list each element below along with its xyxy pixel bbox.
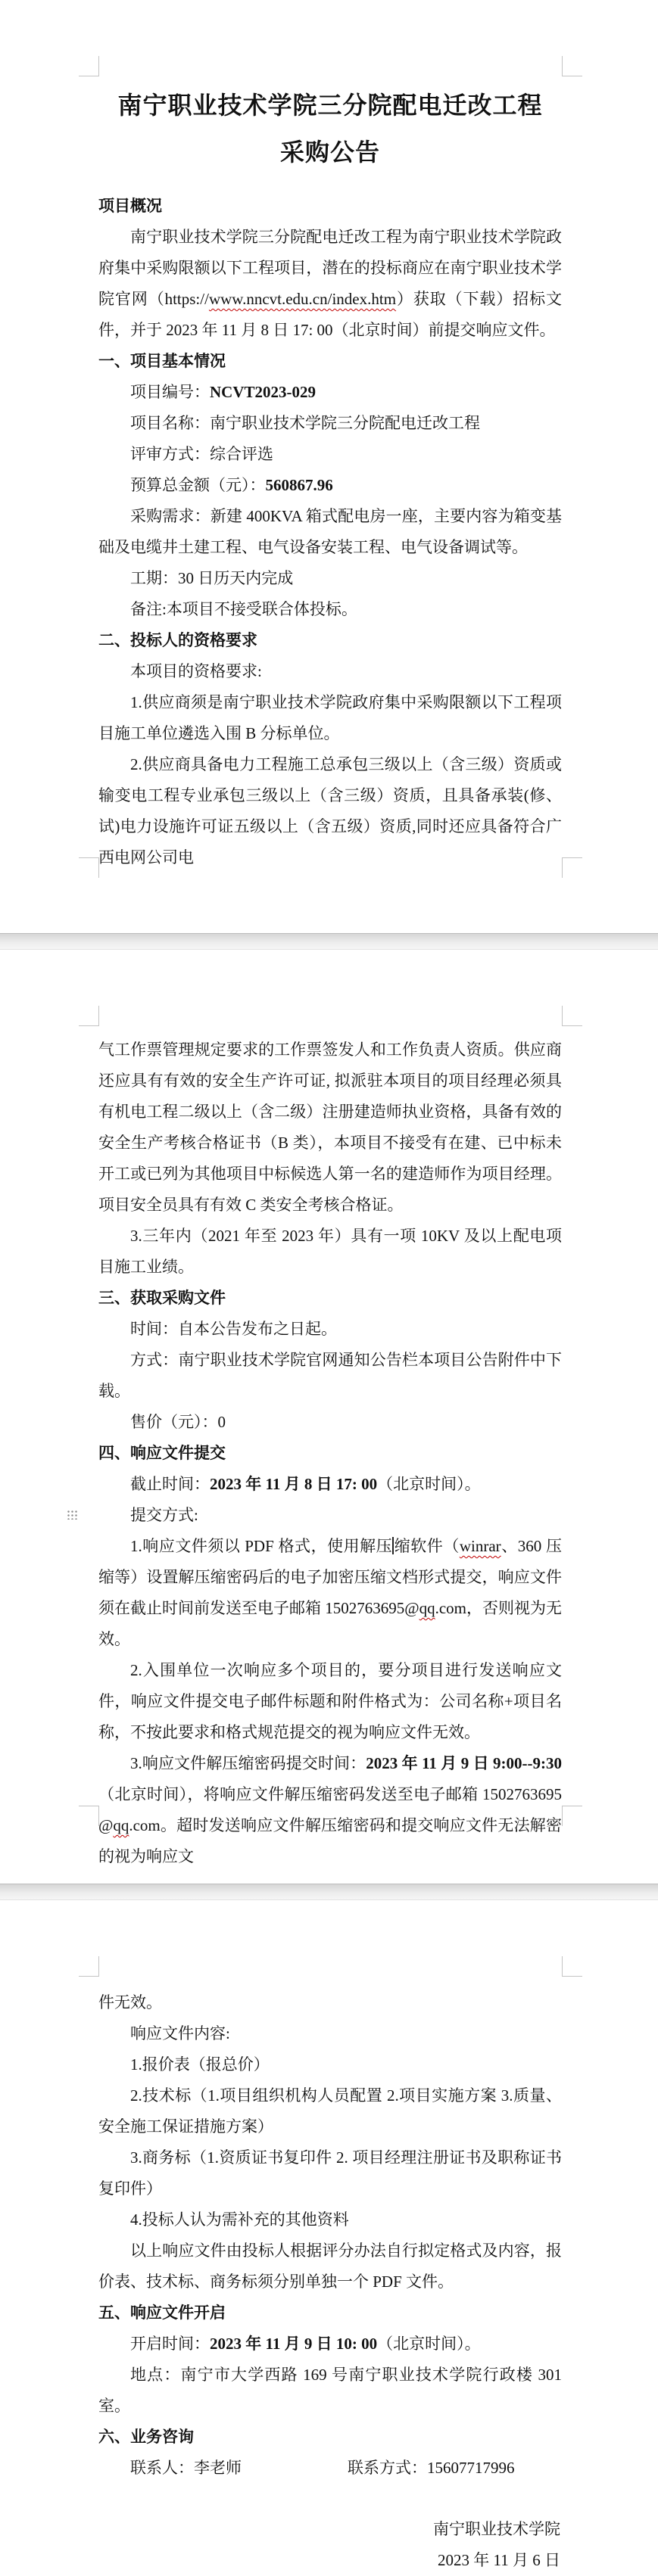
heading-section-1: 一、项目基本情况 [98,346,562,377]
paragraph-qualification-3: 3.三年内（2021 年至 2023 年）具有一项 10KV 及以上配电项目施工… [98,1221,562,1283]
heading-section-2: 二、投标人的资格要求 [98,625,562,656]
paragraph-project-code: 项目编号：NCVT2023-029 [98,377,562,408]
margin-mark-top-right-icon [562,1006,582,1026]
heading-project-overview: 项目概况 [98,191,562,222]
paragraph-opening-time: 开启时间：2023 年 11 月 9 日 10: 00（北京时间）。 [98,2329,562,2360]
budget-value: 560867.96 [266,476,333,494]
margin-mark-top-left-icon [79,1006,99,1026]
signature-block: 南宁职业技术学院 2023 年 11 月 6 日 [98,2514,562,2576]
project-code-value: NCVT2023-029 [210,383,316,401]
page-break-divider [0,933,658,950]
page-1: 南宁职业技术学院三分院配电迁改工程 采购公告 项目概况 南宁职业技术学院三分院配… [0,0,658,933]
deadline-label: 截止时间： [130,1475,210,1493]
paragraph-response-content-1: 1.报价表（报总价） [98,2049,562,2080]
paragraph-review-method: 评审方式：综合评选 [98,439,562,470]
paragraph-submission-1: 1.响应文件须以 PDF 格式，使用解压缩软件（winrar、360 压缩等）设… [98,1531,562,1655]
doc-title-line-1: 南宁职业技术学院三分院配电迁改工程 [98,82,562,129]
page-2: 气工作票管理规定要求的工作票签发人和工作负责人资质。供应商还应具有有效的安全生产… [0,950,658,1884]
document-viewport: { "colors": { "squiggle_underline": "#c0… [0,0,658,2576]
paragraph-anchor-dots-icon [67,1510,78,1520]
doc-title-line-2: 采购公告 [98,129,562,176]
phone-label: 联系方式： [348,2459,427,2477]
paragraph-response-content-intro: 响应文件内容: [98,2018,562,2049]
margin-mark-top-left-icon [79,1956,99,1977]
email-domain-misspell-text: qq [113,1816,129,1834]
paragraph-qualification-2-part2: 气工作票管理规定要求的工作票签发人和工作负责人资质。供应商还应具有有效的安全生产… [98,1034,562,1221]
paragraph-contact: 联系人：李老师联系方式：15607717996 [98,2453,562,2484]
official-website-url: www.nncvt.edu.cn/index.htm [209,290,396,308]
paragraph-qualification-2-part1: 2.供应商具备电力工程施工总承包三级以上（含三级）资质或输变电工程专业承包三级以… [98,749,562,873]
paragraph-submission-3-part2: 件无效。 [98,1987,562,2018]
paragraph-qualification-1: 1.供应商须是南宁职业技术学院政府集中采购限额以下工程项目施工单位遴选入围 B … [98,687,562,749]
contact-label: 联系人： [130,2459,194,2477]
contact-name: 李老师 [194,2459,242,2477]
project-code-label: 项目编号： [130,383,210,401]
margin-mark-top-left-icon [79,56,99,76]
opening-time-value: 2023 年 11 月 9 日 10: 00 [210,2335,377,2353]
heading-section-6: 六、业务咨询 [98,2422,562,2453]
paragraph-submission-method-intro: 提交方式: [98,1500,562,1531]
paragraph-response-content-summary: 以上响应文件由投标人根据评分办法自行拟定格式及内容，报价表、技术标、商务标须分别… [98,2235,562,2298]
page-break-divider [0,1884,658,1900]
paragraph-submission-3-part1: 3.响应文件解压缩密码提交时间：2023 年 11 月 9 日 9:00--9:… [98,1748,562,1872]
deadline-suffix: （北京时间）。 [377,1475,481,1493]
submission-3-time: 2023 年 11 月 9 日 9:00--9:30 [366,1754,562,1772]
margin-mark-bottom-right-icon [562,857,582,878]
paragraph-procurement-demand: 采购需求：新建 400KVA 箱式配电房一座，主要内容为箱变基础及电缆井土建工程… [98,501,562,563]
phone-value: 15607717996 [427,2459,515,2477]
opening-time-suffix: （北京时间）。 [377,2335,481,2353]
paragraph-budget: 预算总金额（元）：560867.96 [98,470,562,501]
paragraph-acquire-time: 时间：自本公告发布之日起。 [98,1314,562,1345]
heading-section-3: 三、获取采购文件 [98,1283,562,1314]
email-domain-misspell-text: qq [419,1599,435,1617]
heading-section-4: 四、响应文件提交 [98,1438,562,1469]
margin-mark-bottom-right-icon [562,1806,582,1826]
paragraph-qualification-intro: 本项目的资格要求: [98,656,562,687]
url-scheme: https:// [165,290,209,308]
paragraph-submission-2: 2.入围单位一次响应多个项目的，要分项目进行发送响应文件，响应文件提交电子邮件标… [98,1655,562,1748]
paragraph-project-name: 项目名称：南宁职业技术学院三分院配电迁改工程 [98,408,562,439]
paragraph-note: 备注:本项目不接受联合体投标。 [98,594,562,625]
deadline-time: 2023 年 11 月 8 日 17: 00 [210,1475,377,1493]
paragraph-response-content-3: 3.商务标（1.资质证书复印件 2. 项目经理注册证书及职称证书复印件） [98,2142,562,2204]
opening-time-label: 开启时间： [130,2335,210,2353]
submission-1-seg2: 缩软件（ [394,1537,460,1555]
margin-mark-bottom-left-icon [79,1806,99,1826]
submission-1-seg1: 1.响应文件须以 PDF 格式，使用解压 [130,1537,392,1555]
winrar-misspell-text: winrar [460,1537,501,1555]
heading-section-5: 五、响应文件开启 [98,2298,562,2329]
signature-date: 2023 年 11 月 6 日 [98,2545,560,2576]
submission-3-seg2: .com。超时发送响应文件解压缩密码和提交响应文件无法解密的视为响应文 [98,1816,562,1865]
budget-label: 预算总金额（元）： [130,476,266,494]
paragraph-overview: 南宁职业技术学院三分院配电迁改工程为南宁职业技术学院政府集中采购限额以下工程项目… [98,222,562,346]
margin-mark-top-right-icon [562,56,582,76]
paragraph-opening-location: 地点：南宁市大学西路 169 号南宁职业技术学院行政楼 301 室。 [98,2360,562,2422]
paragraph-submission-deadline: 截止时间：2023 年 11 月 8 日 17: 00（北京时间）。 [98,1469,562,1500]
paragraph-response-content-2: 2.技术标（1.项目组织机构人员配置 2.项目实施方案 3.质量、安全施工保证措… [98,2080,562,2142]
margin-mark-bottom-left-icon [79,857,99,878]
paragraph-response-content-4: 4.投标人认为需补充的其他资料 [98,2204,562,2235]
margin-mark-top-right-icon [562,1956,582,1977]
page-3: 件无效。 响应文件内容: 1.报价表（报总价） 2.技术标（1.项目组织机构人员… [0,1900,658,2576]
paragraph-duration: 工期：30 日历天内完成 [98,563,562,594]
signature-org: 南宁职业技术学院 [98,2514,560,2545]
paragraph-acquire-price: 售价（元）：0 [98,1407,562,1438]
submission-3-label: 3.响应文件解压缩密码提交时间： [130,1754,366,1772]
paragraph-acquire-method: 方式：南宁职业技术学院官网通知公告栏本项目公告附件中下载。 [98,1345,562,1407]
